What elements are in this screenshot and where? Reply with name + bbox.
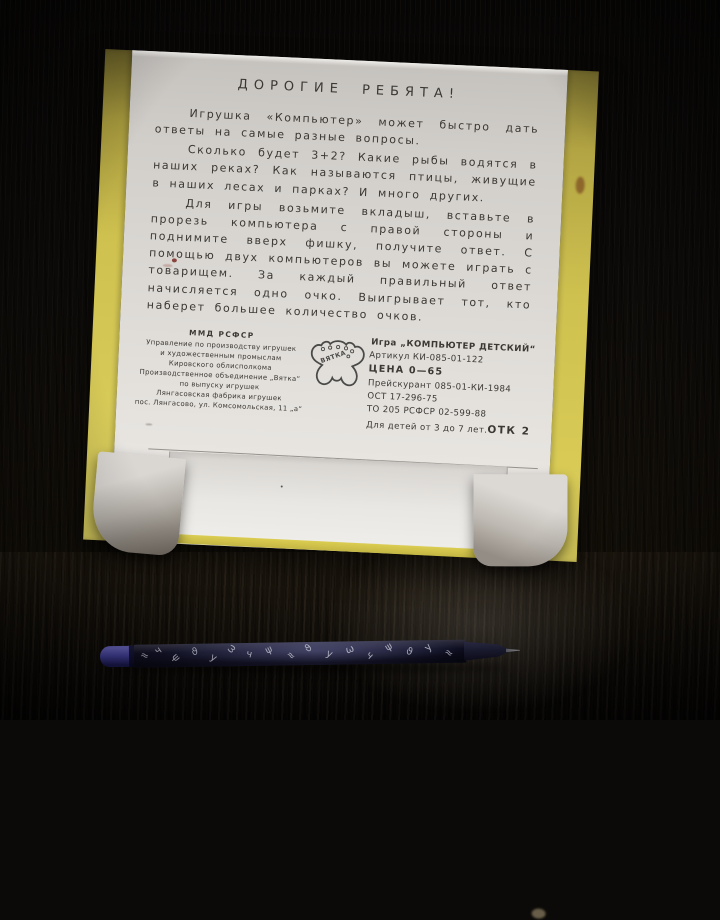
pen-doodle: ϑ	[303, 643, 314, 655]
pen-tip	[506, 648, 520, 653]
pen-cap	[100, 646, 135, 668]
printed-text-area: ДОРОГИЕ РЕБЯТА! Игрушка «Компьютер» може…	[116, 50, 568, 441]
pen-doodle: у	[324, 649, 333, 661]
box-back-panel: ДОРОГИЕ РЕБЯТА! Игрушка «Компьютер» може…	[110, 50, 568, 560]
vyatka-horse-logo-icon: ВЯТКА	[306, 333, 371, 393]
pen-cone	[464, 641, 508, 661]
pen-doodle: ϑ	[405, 647, 414, 658]
age-recommendation: Для детей от 3 до 7 лет.	[366, 419, 488, 438]
pen-pattern: ≈чψϑуωчψ≈ϑуωчψϑу≈	[134, 640, 466, 668]
pen-doodle: ω	[226, 643, 239, 656]
pen-doodle: ≈	[139, 651, 150, 663]
stain	[575, 177, 585, 194]
speck	[145, 423, 152, 425]
paragraph: Для игры возьмите вкладыш, вставьте в пр…	[146, 193, 535, 330]
pen-doodle: ч	[154, 646, 165, 658]
tucked-flap	[165, 451, 507, 549]
imprint-footer: ММД РСФСР Управление по производству игр…	[131, 326, 537, 441]
pen-doodle: ω	[344, 644, 355, 656]
corner-fold-right	[473, 474, 567, 566]
pen-doodle: у	[423, 643, 434, 654]
pen-doodle: ≈	[442, 647, 455, 660]
pen-doodle: ψ	[384, 642, 395, 654]
flash-glare	[330, 555, 630, 710]
product-details: Игра „КОМПЬЮТЕР ДЕТСКИЙ“ Артикул КИ-085-…	[366, 336, 538, 440]
pen-doodle: ≈	[284, 650, 297, 663]
pen-doodle: ψ	[264, 645, 274, 657]
pen-doodle: ψ	[169, 652, 181, 664]
pen-doodle: ϑ	[191, 647, 200, 658]
toy-box-back: ДОРОГИЕ РЕБЯТА! Игрушка «Компьютер» може…	[83, 49, 599, 562]
manufacturer-imprint: ММД РСФСР Управление по производству игр…	[132, 326, 308, 414]
pen-doodle: у	[208, 653, 218, 665]
page-title: ДОРОГИЕ РЕБЯТА!	[157, 73, 541, 105]
pen-doodle: ч	[363, 650, 374, 661]
pen-doodle: ч	[245, 649, 253, 660]
quality-control-stamp: ОТК 2	[487, 423, 534, 441]
logo-text: ВЯТКА	[320, 349, 348, 365]
